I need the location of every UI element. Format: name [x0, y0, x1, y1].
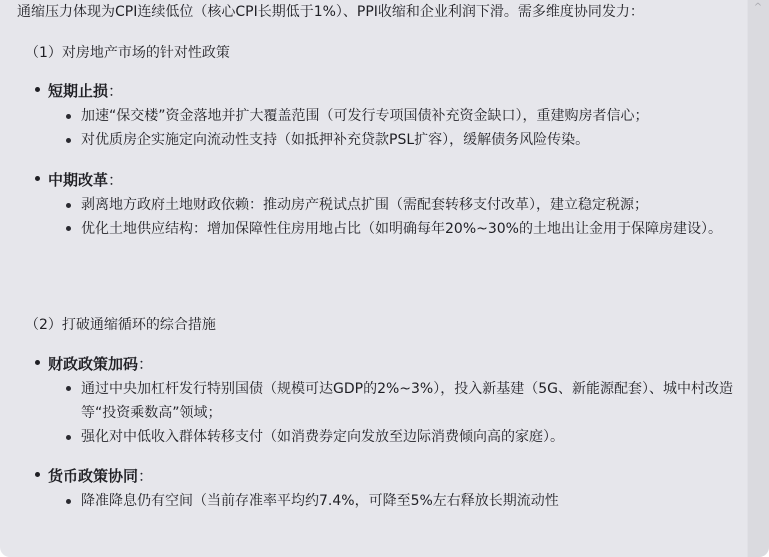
bullet-dot-icon [66, 499, 71, 504]
bullet-heading: 中期改革 [48, 171, 108, 189]
bullet-dot-icon [35, 176, 40, 181]
bullet-dot-icon [66, 435, 71, 440]
bullet-dot-icon [35, 472, 40, 477]
list-item: 降准降息仍有空间（当前存准率平均约7.4%，可降至5%左右释放长期流动性 [66, 490, 736, 512]
bullet-heading: 货币政策协同 [48, 467, 138, 485]
bullet-dot-icon [66, 226, 71, 231]
bullet-dot-icon [66, 386, 71, 391]
intro-paragraph: 通缩压力体现为CPI连续低位（核心CPI长期低于1%）、PPI收缩和企业利润下滑… [17, 2, 644, 22]
section-title-real-estate: （1）对房地产市场的针对性政策 [25, 43, 230, 63]
list-item: 对优质房企实施定向流动性支持（如抵押补充贷款PSL扩容），缓解债务风险传染。 [66, 129, 736, 151]
chevron-up-icon[interactable]: ^ [753, 4, 763, 12]
bullet-monetary-policy: 货币政策协同： [35, 466, 153, 486]
bullet-dot-icon [66, 203, 71, 208]
list-item: 剥离地方政府土地财政依赖：推动房产税试点扩围（需配套转移支付改革），建立稳定税源… [66, 194, 736, 216]
bullet-dot-icon [66, 138, 71, 143]
bullet-heading: 财政政策加码 [48, 355, 138, 373]
bullet-dot-icon [35, 87, 40, 92]
list-item: 通过中央加杠杆发行特别国债（规模可达GDP的2%~3%），投入新基建（5G、新能… [66, 377, 736, 425]
list-item: 加速“保交楼”资金落地并扩大覆盖范围（可发行专项国债补充资金缺口），重建购房者信… [66, 105, 736, 127]
bullet-dot-icon [66, 114, 71, 119]
chat-message-panel: 通缩压力体现为CPI连续低位（核心CPI长期低于1%）、PPI收缩和企业利润下滑… [0, 0, 769, 557]
bullet-mid-term: 中期改革： [35, 170, 123, 190]
bullet-fiscal-policy: 财政政策加码： [35, 354, 153, 374]
vertical-scrollbar[interactable]: ^ [747, 0, 769, 557]
message-content: 通缩压力体现为CPI连续低位（核心CPI长期低于1%）、PPI收缩和企业利润下滑… [0, 0, 748, 557]
bullet-short-term: 短期止损： [35, 81, 123, 101]
list-item: 优化土地供应结构：增加保障性住房用地占比（如明确每年20%~30%的土地出让金用… [66, 217, 736, 242]
bullet-dot-icon [35, 360, 40, 365]
list-item: 强化对中低收入群体转移支付（如消费券定向发放至边际消费倾向高的家庭）。 [66, 426, 736, 448]
section-title-deflation-measures: （2）打破通缩循环的综合措施 [25, 315, 216, 335]
bullet-heading: 短期止损 [48, 82, 108, 100]
